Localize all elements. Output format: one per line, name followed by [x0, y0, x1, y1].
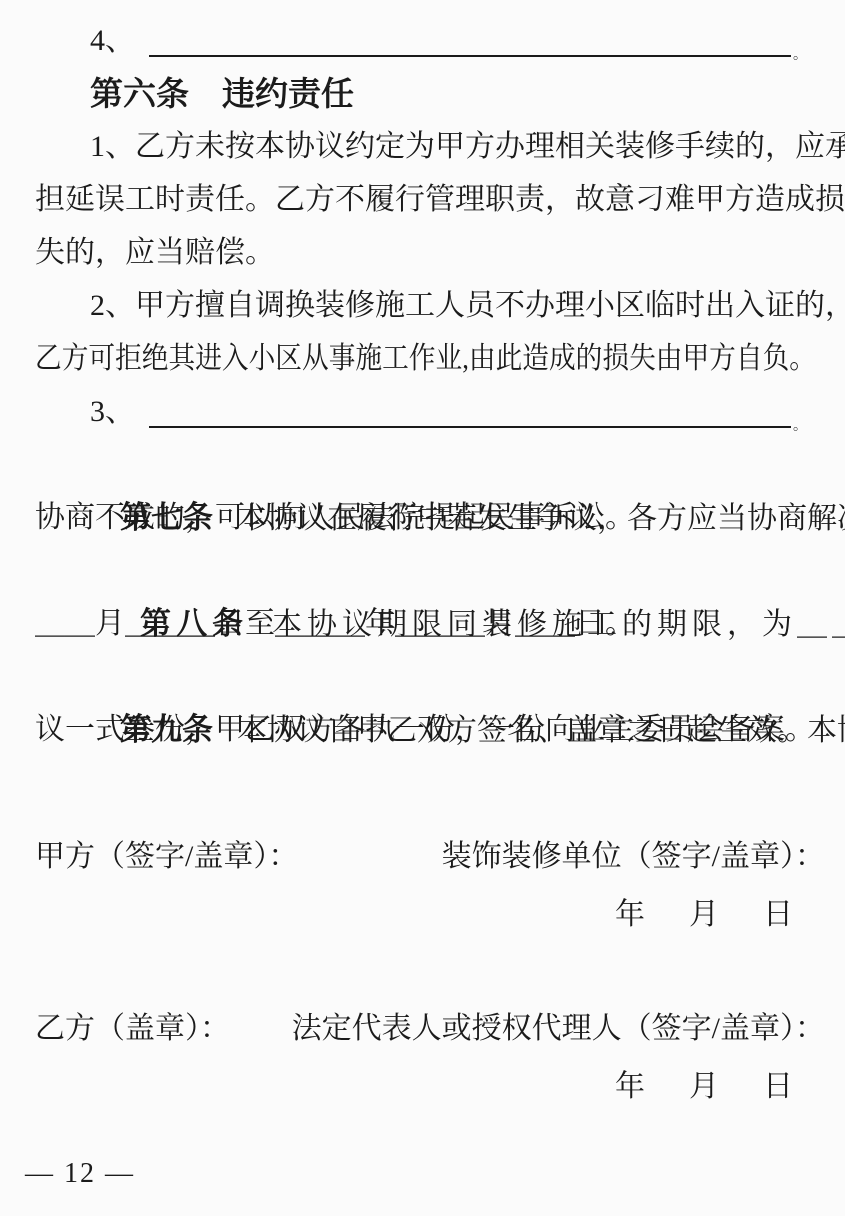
- year-label: 年: [615, 894, 645, 936]
- blank-line-item-3: 3、 。: [35, 385, 837, 438]
- text-line: 担延误工时责任。乙方不履行管理职责，故意刁难甲方造成损: [35, 173, 837, 226]
- blank-line-item-4: 4、 。: [35, 14, 837, 67]
- text-line: 乙方可拒绝其进入小区从事施工作业,由此造成的损失由甲方自负。: [35, 332, 749, 385]
- legal-representative-label: 法定代表人或授权代理人（签字/盖章）：: [292, 1008, 825, 1050]
- day-label: 日: [763, 894, 793, 936]
- blank-underline: [149, 55, 791, 57]
- spacer: [35, 936, 837, 1008]
- signature-section: 甲方（签字/盖章）： 装饰装修单位（签字/盖章）： 年 月 日 乙方（盖章）： …: [35, 836, 837, 1108]
- period-mark: 。: [793, 49, 807, 63]
- text-line: 1、乙方未按本协议约定为甲方办理相关装修手续的，应承: [35, 120, 837, 173]
- text-line: 议一式叁份，甲乙双方各执一份，一份向业主委员会备案。: [35, 703, 837, 756]
- item-number-label: 3、: [90, 385, 135, 438]
- article-6-heading: 第六条 违约责任: [35, 67, 837, 120]
- article-8-line: 第八条本协议期限同装修施工的期限，为＿＿＿年: [35, 544, 837, 597]
- blank-underline: [149, 426, 791, 428]
- date-line-1: 年 月 日: [35, 894, 837, 936]
- month-label: 月: [689, 894, 719, 936]
- year-label: 年: [615, 1066, 645, 1108]
- page-number: — 12 —: [25, 1158, 135, 1190]
- day-label: 日: [763, 1066, 793, 1108]
- signature-row-2: 乙方（盖章）： 法定代表人或授权代理人（签字/盖章）：: [35, 1008, 837, 1050]
- date-line-2: 年 月 日: [35, 1066, 837, 1108]
- text-line: 2、甲方擅自调换装修施工人员不办理小区临时出入证的，: [35, 279, 837, 332]
- period-mark: 。: [793, 420, 807, 434]
- party-a-label: 甲方（签字/盖章）：: [35, 836, 298, 878]
- article-9-line: 第九条本协议自甲乙双方签名、盖章之日起生效。本协: [35, 650, 837, 703]
- article-7-line: 第七条本协议在履行中若发生争议，各方应当协商解决;: [35, 438, 837, 491]
- document-page: 4、 。 第六条 违约责任 1、乙方未按本协议约定为甲方办理相关装修手续的，应承…: [0, 0, 845, 1216]
- item-number-label: 4、: [90, 14, 135, 67]
- signature-row-1: 甲方（签字/盖章）： 装饰装修单位（签字/盖章）：: [35, 836, 837, 878]
- text-line: 失的，应当赔偿。: [35, 226, 837, 279]
- party-b-label: 乙方（盖章）：: [35, 1008, 230, 1050]
- decorator-unit-label: 装饰装修单位（签字/盖章）：: [442, 836, 825, 878]
- month-label: 月: [689, 1066, 719, 1108]
